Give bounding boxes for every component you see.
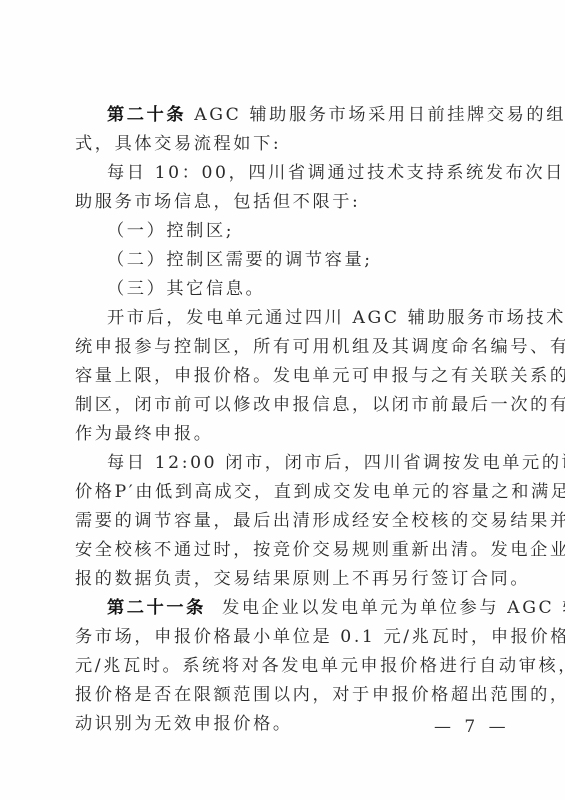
page-number: — 7 — bbox=[434, 717, 510, 737]
list-item-3: （三）其它信息。 bbox=[107, 278, 265, 300]
paragraph-market-close: 每日 12:00 闭市，闭市后，四川省调按发电单元的调频里程 bbox=[107, 452, 495, 474]
paragraph-daily-release-cont: 助服务市场信息，包括但不限于: bbox=[75, 191, 495, 213]
paragraph-market-close-cont-3: 安全校核不通过时，按竞价交易规则重新出清。发电企业对所申 bbox=[75, 539, 495, 561]
article-21-line-5: 动识别为无效申报价格。 bbox=[75, 713, 495, 735]
paragraph-market-close-cont-4: 报的数据负责，交易结果原则上不再另行签订合同。 bbox=[75, 568, 495, 590]
article-21-heading: 第二十一条 bbox=[107, 598, 206, 618]
paragraph-market-close-cont-2: 需要的调节容量，最后出清形成经安全校核的交易结果并发布。 bbox=[75, 510, 495, 532]
paragraph-market-open-cont-4: 作为最终申报。 bbox=[75, 423, 495, 445]
paragraph-market-open-cont-2: 容量上限，申报价格。发电单元可申报与之有关联关系的一个控 bbox=[75, 365, 495, 387]
article-21-line-1: 第二十一条 发电企业以发电单元为单位参与 AGC 辅助服 bbox=[107, 597, 495, 619]
paragraph-market-open: 开市后，发电单元通过四川 AGC 辅助服务市场技术支持系 bbox=[107, 307, 495, 329]
paragraph-market-close-cont-1: 价格P′由低到高成交，直到成交发电单元的容量之和满足控制区 bbox=[75, 481, 495, 503]
paragraph-daily-release: 每日 10：00，四川省调通过技术支持系统发布次日 AGC 辅 bbox=[107, 162, 495, 184]
article-20-line-2: 式，具体交易流程如下: bbox=[75, 133, 495, 155]
article-21-line-4: 报价格是否在限额范围以内，对于申报价格超出范围的，系统自 bbox=[75, 684, 495, 706]
document-page: 第二十条 AGC 辅助服务市场采用日前挂牌交易的组织方 式，具体交易流程如下: … bbox=[0, 0, 565, 800]
paragraph-market-open-cont-3: 制区，闭市前可以修改申报信息，以闭市前最后一次的有效申报 bbox=[75, 394, 495, 416]
paragraph-market-open-cont-1: 统申报参与控制区，所有可用机组及其调度命名编号、有功可调 bbox=[75, 336, 495, 358]
article-21-line-2: 务市场，申报价格最小单位是 0.1 元/兆瓦时，申报价格上限为 50 bbox=[75, 626, 495, 648]
article-20-heading: 第二十条 bbox=[107, 105, 186, 125]
list-item-2: （二）控制区需要的调节容量; bbox=[107, 249, 373, 271]
article-21-line-3: 元/兆瓦时。系统将对各发电单元申报价格进行自动审核，确认申 bbox=[75, 655, 495, 677]
article-20-line-1: 第二十条 AGC 辅助服务市场采用日前挂牌交易的组织方 bbox=[107, 104, 495, 126]
list-item-1: （一）控制区; bbox=[107, 220, 234, 242]
